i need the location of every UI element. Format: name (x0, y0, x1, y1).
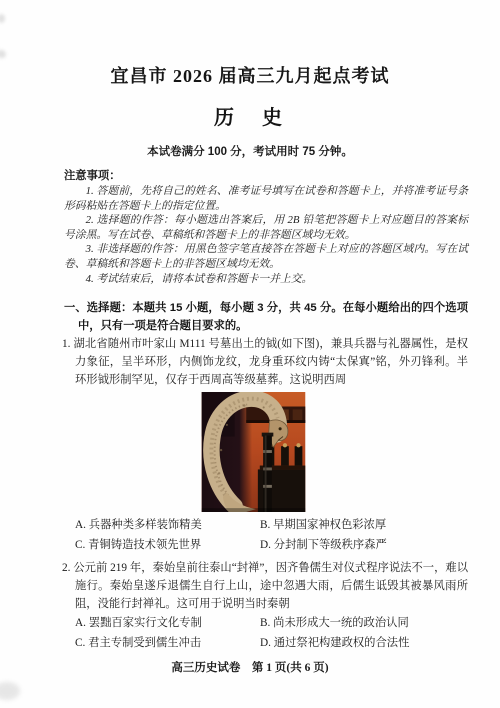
paper-body: 注意事项： 1. 答题前，先将自己的姓名、准考证号填写在试卷和答题卡上，并将准考… (0, 159, 500, 653)
notice-item: 3. 非选择题的作答：用黑色签字笔直接答在答题卡上对应的答题区域内。写在试卷、草… (64, 242, 468, 271)
bronze-yue-artifact-illustration (200, 392, 307, 512)
question-2-option-d: D. 通过祭祀构建政权的合法性 (260, 633, 468, 653)
exam-title: 宜昌市 2026 届高三九月起点考试 (0, 62, 500, 88)
question-1-options-row-1: A. 兵器种类多样装饰精美 B. 早期国家神权色彩浓厚 (64, 515, 468, 535)
exam-paper-page: 宜昌市 2026 届高三九月起点考试 历 史 本试卷满分 100 分，考试用时 … (0, 0, 500, 708)
paper-header: 宜昌市 2026 届高三九月起点考试 历 史 本试卷满分 100 分，考试用时 … (0, 0, 500, 159)
question-2-text: 公元前 219 年，秦始皇前往泰山“封禅”，因齐鲁儒生对仪式程序说法不一，难以施… (73, 562, 468, 610)
question-2-option-b: B. 尚未形成大一统的政治认同 (260, 613, 468, 633)
notice-heading: 注意事项： (64, 168, 468, 184)
page-footer-text: 高三历史试卷 第 1 页(共 6 页) (0, 659, 500, 675)
question-1-number: 1. (62, 338, 70, 350)
question-1-options-row-2: C. 青铜铸造技术领先世界 D. 分封制下等级秩序森严 (64, 535, 468, 555)
question-1-text: 湖北省随州市叶家山 M111 号墓出土的钺(如下图)，兼具兵器与礼器属性，是权力… (73, 338, 468, 386)
subject-title: 历 史 (0, 101, 500, 130)
question-1-stem: 1. 湖北省随州市叶家山 M111 号墓出土的钺(如下图)，兼具兵器与礼器属性，… (62, 335, 468, 389)
question-2-stem: 2. 公元前 219 年，秦始皇前往泰山“封禅”，因齐鲁儒生对仪式程序说法不一，… (62, 559, 468, 613)
section-1-header: 一、选择题：本题共 15 小题，每小题 3 分，共 45 分。在每小题给出的四个… (64, 299, 468, 335)
question-1-option-d: D. 分封制下等级秩序森严 (260, 535, 468, 555)
bronze-yue-figure-photo (200, 392, 307, 512)
question-1-option-c: C. 青铜铸造技术领先世界 (75, 535, 260, 555)
question-2-number: 2. (62, 562, 70, 574)
notice-item: 2. 选择题的作答：每小题选出答案后，用 2B 铅笔把答题卡上对应题目的答案标号… (64, 213, 468, 242)
notice-item: 4. 考试结束后，请将本试卷和答题卡一并上交。 (64, 272, 468, 287)
question-2-options-row-2: C. 君主专制受到儒生冲击 D. 通过祭祀构建政权的合法性 (64, 633, 468, 653)
question-2-option-a: A. 罢黜百家实行文化专制 (75, 613, 260, 633)
question-2-option-c: C. 君主专制受到儒生冲击 (75, 633, 260, 653)
question-2-options-row-1: A. 罢黜百家实行文化专制 B. 尚未形成大一统的政治认同 (64, 613, 468, 633)
scan-smudge (0, 682, 20, 700)
exam-info-line: 本试卷满分 100 分，考试用时 75 分钟。 (0, 143, 500, 159)
notice-list: 1. 答题前，先将自己的姓名、准考证号填写在试卷和答题卡上，并将准考证号条形码粘… (64, 184, 468, 286)
page-footer: 高三历史试卷 第 1 页(共 6 页) (0, 659, 500, 675)
notice-item: 1. 答题前，先将自己的姓名、准考证号填写在试卷和答题卡上，并将准考证号条形码粘… (64, 184, 468, 213)
question-1-option-b: B. 早期国家神权色彩浓厚 (260, 515, 468, 535)
question-1-option-a: A. 兵器种类多样装饰精美 (75, 515, 260, 535)
